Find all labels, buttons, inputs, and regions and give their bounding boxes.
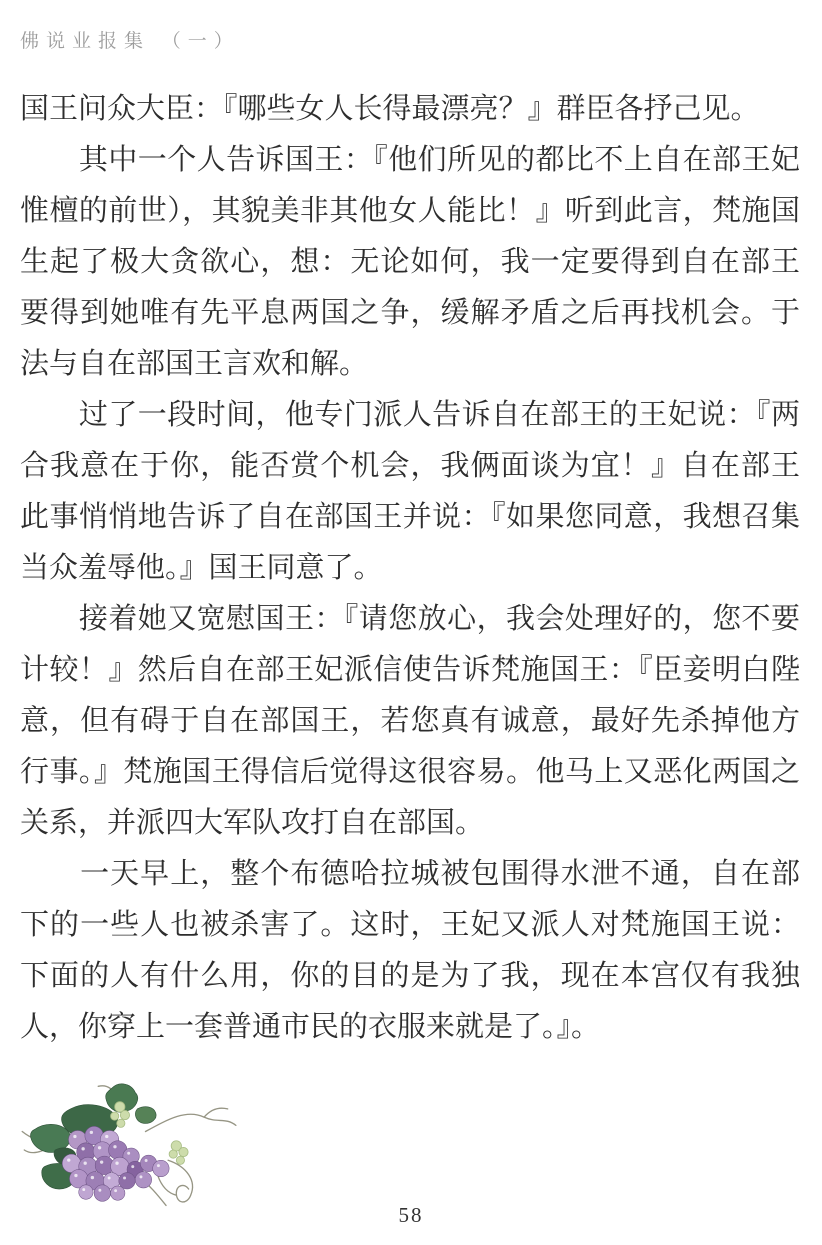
text-line: 国王问众大臣：『哪些女人长得最漂亮？』群臣各抒己见。	[20, 84, 800, 135]
grape-highlight	[108, 1176, 111, 1179]
grape-highlight	[98, 1189, 101, 1192]
grape-watercolor-illustration	[14, 1078, 240, 1222]
grape	[94, 1185, 110, 1201]
text-line: 生起了极大贪欲心，想：无论如何，我一定要得到自在部王妃，但	[20, 237, 800, 288]
grape-highlight	[127, 1152, 130, 1155]
text-line: 当众羞辱他。』国王同意了。	[20, 543, 800, 594]
story-text: 国王问众大臣：『哪些女人长得最漂亮？』群臣各抒己见。 其中一个人告诉国王：『他们…	[20, 84, 800, 1053]
text-line: 关系，并派四大军队攻打自在部国。	[20, 798, 800, 849]
text-line: 下的一些人也被杀害了。这时，王妃又派人对梵施国王说：『你杀	[20, 900, 800, 951]
text-line: 下面的人有什么用，你的目的是为了我，现在本宫仅有我独自一	[20, 951, 800, 1002]
text-line: 法与自在部国王言欢和解。	[20, 339, 800, 390]
text-line: 人，你穿上一套普通市民的衣服来就是了。』。	[20, 1002, 800, 1053]
grape-highlight	[98, 1146, 101, 1149]
grape	[153, 1160, 169, 1176]
text-line: 其中一个人告诉国王：『他们所见的都比不上自在部王妃（耶	[20, 135, 800, 186]
grape-highlight	[73, 1135, 76, 1138]
text-line: 接着她又宽慰国王：『请您放心，我会处理好的，您不要过于	[20, 594, 800, 645]
book-page: 佛说业报集 （一） 国王问众大臣：『哪些女人长得最漂亮？』群臣各抒己见。 其中一…	[0, 0, 822, 1245]
grape-highlight	[157, 1164, 160, 1167]
grape-highlight	[115, 1162, 118, 1165]
grape-highlight	[114, 1189, 117, 1192]
text-line: 一天早上，整个布德哈拉城被包围得水泄不通，自在部国王手	[20, 849, 800, 900]
text-line: 此事悄悄地告诉了自在部国王并说：『如果您同意，我想召集众人	[20, 492, 800, 543]
grape-highlight	[113, 1145, 116, 1148]
grape-highlight	[123, 1176, 126, 1179]
grape	[135, 1172, 151, 1188]
grape-highlight	[81, 1147, 84, 1150]
grape-highlight	[84, 1162, 87, 1165]
grape-highlight	[91, 1176, 94, 1179]
text-line: 过了一段时间，他专门派人告诉自在部王的王妃说：『两国和	[20, 390, 800, 441]
text-line: 计较！』然后自在部王妃派信使告诉梵施国王：『臣妾明白陛下之	[20, 645, 800, 696]
grape	[79, 1185, 93, 1199]
grape-highlight	[145, 1159, 148, 1162]
grape-highlight	[90, 1131, 93, 1134]
page-number: 58	[0, 1203, 822, 1228]
grape-highlight	[82, 1188, 85, 1191]
grape-highlight	[67, 1158, 70, 1161]
grape-highlight	[74, 1174, 77, 1177]
grape	[111, 1186, 125, 1200]
grape-highlight	[100, 1161, 103, 1164]
text-line: 意，但有碍于自在部国王，若您真有诚意，最好先杀掉他方便我俩	[20, 696, 800, 747]
running-header: 佛说业报集 （一）	[20, 26, 240, 53]
text-line: 惟檀的前世），其貌美非其他女人能比！』听到此言，梵施国王突然	[20, 186, 800, 237]
grape-highlight	[139, 1175, 142, 1178]
text-line: 合我意在于你，能否赏个机会，我俩面谈为宜！』自在部王妃就将	[20, 441, 800, 492]
text-line: 行事。』梵施国王得信后觉得这很容易。他马上又恶化两国之间的	[20, 747, 800, 798]
grape-highlight	[105, 1135, 108, 1138]
text-line: 要得到她唯有先平息两国之争，缓解矛盾之后再找机会。于是便设	[20, 288, 800, 339]
grape-highlight	[131, 1165, 134, 1168]
